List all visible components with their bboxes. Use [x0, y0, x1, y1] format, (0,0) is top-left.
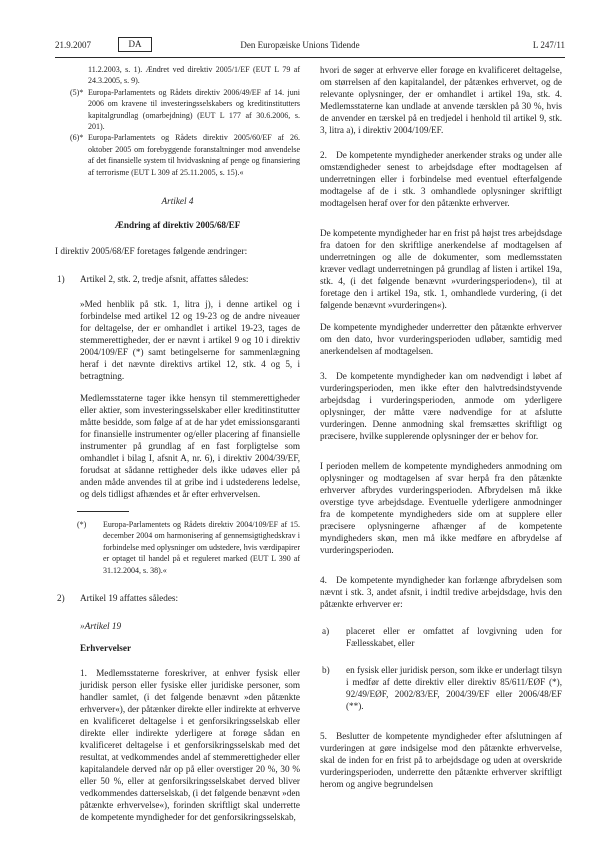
journal-title: Den Europæiske Unions Tidende — [0, 40, 600, 50]
quoted-paragraph-1: »Med henblik på stk. 1, litra j), i denn… — [80, 298, 300, 382]
amendment-item-2: 2) Artikel 19 affattes således: — [55, 592, 300, 604]
footnote-continuation: 11.2.2003, s. 1). Ændret ved direktiv 20… — [55, 64, 300, 87]
paragraph-2b: De kompetente myndigheder underretter de… — [320, 321, 562, 357]
left-column: 11.2.2003, s. 1). Ændret ved direktiv 20… — [55, 64, 300, 823]
footnote-text: Europa-Parlamentets og Rådets direktiv 2… — [103, 520, 300, 575]
footnote-marker: (*) — [77, 519, 86, 530]
paragraph-5: 5. Beslutter de kompetente myndigheder e… — [320, 730, 562, 790]
paragraph-2a: De kompetente myndigheder har en frist p… — [320, 227, 562, 311]
amendment-intro: I direktiv 2005/68/EF foretages følgende… — [55, 245, 300, 257]
footnote-item-6: (6)* Europa-Parlamentets og Rådets direk… — [55, 132, 300, 178]
footnote-marker: (5)* — [70, 87, 83, 98]
paragraph-1: 1. Medlemsstaterne foreskriver, at enhve… — [80, 667, 300, 823]
footnote-text: Europa-Parlamentets og Rådets direktiv 2… — [88, 133, 300, 176]
right-column: hvori de søger at erhverve eller forøge … — [320, 64, 562, 790]
footnote-rule — [77, 511, 129, 512]
footnote-item-5: (5)* Europa-Parlamentets og Rådets direk… — [55, 87, 300, 133]
top-footnote-block: 11.2.2003, s. 1). Ændret ved direktiv 20… — [55, 64, 300, 178]
list-text: Artikel 19 affattes således: — [80, 593, 178, 603]
footnote-text: 11.2.2003, s. 1). Ændret ved direktiv 20… — [88, 65, 300, 85]
paragraph-4: 4. De kompetente myndigheder kan forlæng… — [320, 574, 562, 610]
list-marker: 2) — [57, 592, 65, 604]
list-marker: b) — [322, 664, 330, 676]
sub-article-heading: »Artikel 19 — [80, 620, 300, 632]
list-item-b: b) en fysisk eller juridisk person, som … — [320, 664, 562, 712]
paragraph-3: 3. De kompetente myndigheder kan om nødv… — [320, 370, 562, 442]
journal-page: 21.9.2007 DA Den Europæiske Unions Tiden… — [0, 0, 600, 849]
footnote-star: (*) Europa-Parlamentets og Rådets direkt… — [55, 519, 300, 576]
footnote-marker: (6)* — [70, 132, 83, 143]
list-text: Artikel 2, stk. 2, tredje afsnit, affatt… — [80, 274, 248, 284]
footnote-text: Europa-Parlamentets og Rådets direktiv 2… — [88, 88, 300, 131]
list-marker: a) — [322, 625, 329, 637]
list-marker: 1) — [57, 273, 65, 285]
page-number: L 247/11 — [533, 40, 565, 50]
list-text: placeret eller er omfattet af lovgivning… — [346, 626, 562, 648]
paragraph-3a: I perioden mellem de kompetente myndighe… — [320, 460, 562, 556]
article-title: Ændring af direktiv 2005/68/EF — [55, 219, 300, 231]
list-text: en fysisk eller juridisk person, som ikk… — [346, 665, 562, 711]
quoted-paragraph-2: Medlemsstaterne tager ikke hensyn til st… — [80, 392, 300, 500]
article-heading: Artikel 4 — [55, 195, 300, 207]
amendment-item-1: 1) Artikel 2, stk. 2, tredje afsnit, aff… — [55, 273, 300, 285]
paragraph-2: 2. De kompetente myndigheder anerkender … — [320, 149, 562, 209]
paragraph-1-continued: hvori de søger at erhverve eller forøge … — [320, 64, 562, 136]
header-rule — [55, 57, 565, 58]
list-item-a: a) placeret eller er omfattet af lovgivn… — [320, 625, 562, 649]
sub-article-title: Erhvervelser — [80, 642, 300, 654]
